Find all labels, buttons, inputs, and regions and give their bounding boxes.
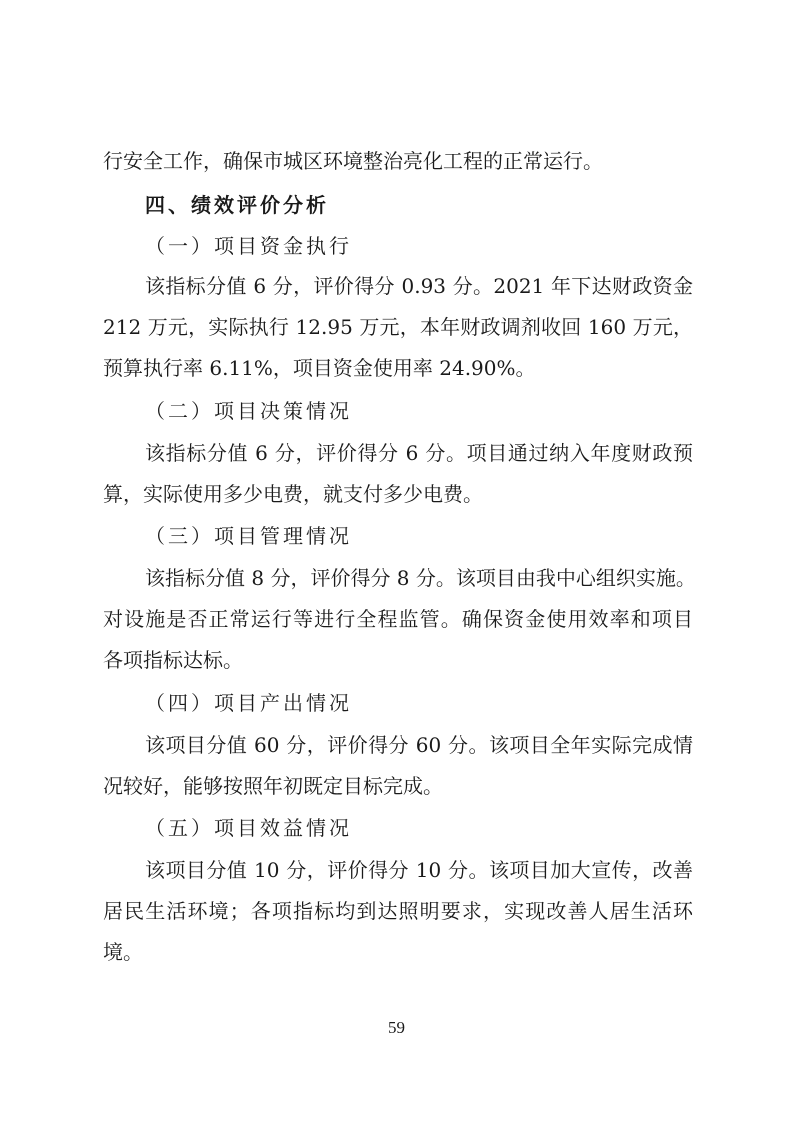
subheading-fund-execution: （一）项目资金执行	[145, 231, 693, 261]
paragraph-line: 该指标分值 6 分，评价得分 0.93 分。2021 年下达财政资金	[145, 271, 693, 301]
paragraph-line: 况较好，能够按照年初既定目标完成。	[103, 771, 693, 801]
page-number: 59	[0, 1018, 793, 1038]
paragraph-line: 该指标分值 6 分，评价得分 6 分。项目通过纳入年度财政预	[145, 438, 693, 468]
paragraph-line: 212 万元，实际执行 12.95 万元，本年财政调剂收回 160 万元，	[103, 312, 693, 342]
paragraph-line: 该项目分值 10 分，评价得分 10 分。该项目加大宣传，改善	[145, 855, 693, 885]
document-page: 行安全工作，确保市城区环境整治亮化工程的正常运行。 四、绩效评价分析 （一）项目…	[0, 0, 793, 1122]
subheading-management: （三）项目管理情况	[145, 521, 693, 551]
paragraph-line: 预算执行率 6.11%，项目资金使用率 24.90%。	[103, 353, 693, 383]
paragraph-line: 算，实际使用多少电费，就支付多少电费。	[103, 479, 693, 509]
subheading-decision: （二）项目决策情况	[145, 396, 693, 426]
paragraph-line: 该项目分值 60 分，评价得分 60 分。该项目全年实际完成情	[145, 730, 693, 760]
paragraph-line: 该指标分值 8 分，评价得分 8 分。该项目由我中心组织实施。	[145, 563, 693, 593]
subheading-benefit: （五）项目效益情况	[145, 813, 693, 843]
paragraph-line-continuation: 行安全工作，确保市城区环境整治亮化工程的正常运行。	[103, 146, 693, 176]
paragraph-line: 居民生活环境；各项指标均到达照明要求，实现改善人居生活环	[103, 896, 693, 926]
paragraph-line: 境。	[103, 937, 693, 967]
section-heading-performance-analysis: 四、绩效评价分析	[145, 190, 693, 220]
subheading-output: （四）项目产出情况	[145, 688, 693, 718]
paragraph-line: 对设施是否正常运行等进行全程监管。确保资金使用效率和项目	[103, 604, 693, 634]
paragraph-line: 各项指标达标。	[103, 645, 693, 675]
